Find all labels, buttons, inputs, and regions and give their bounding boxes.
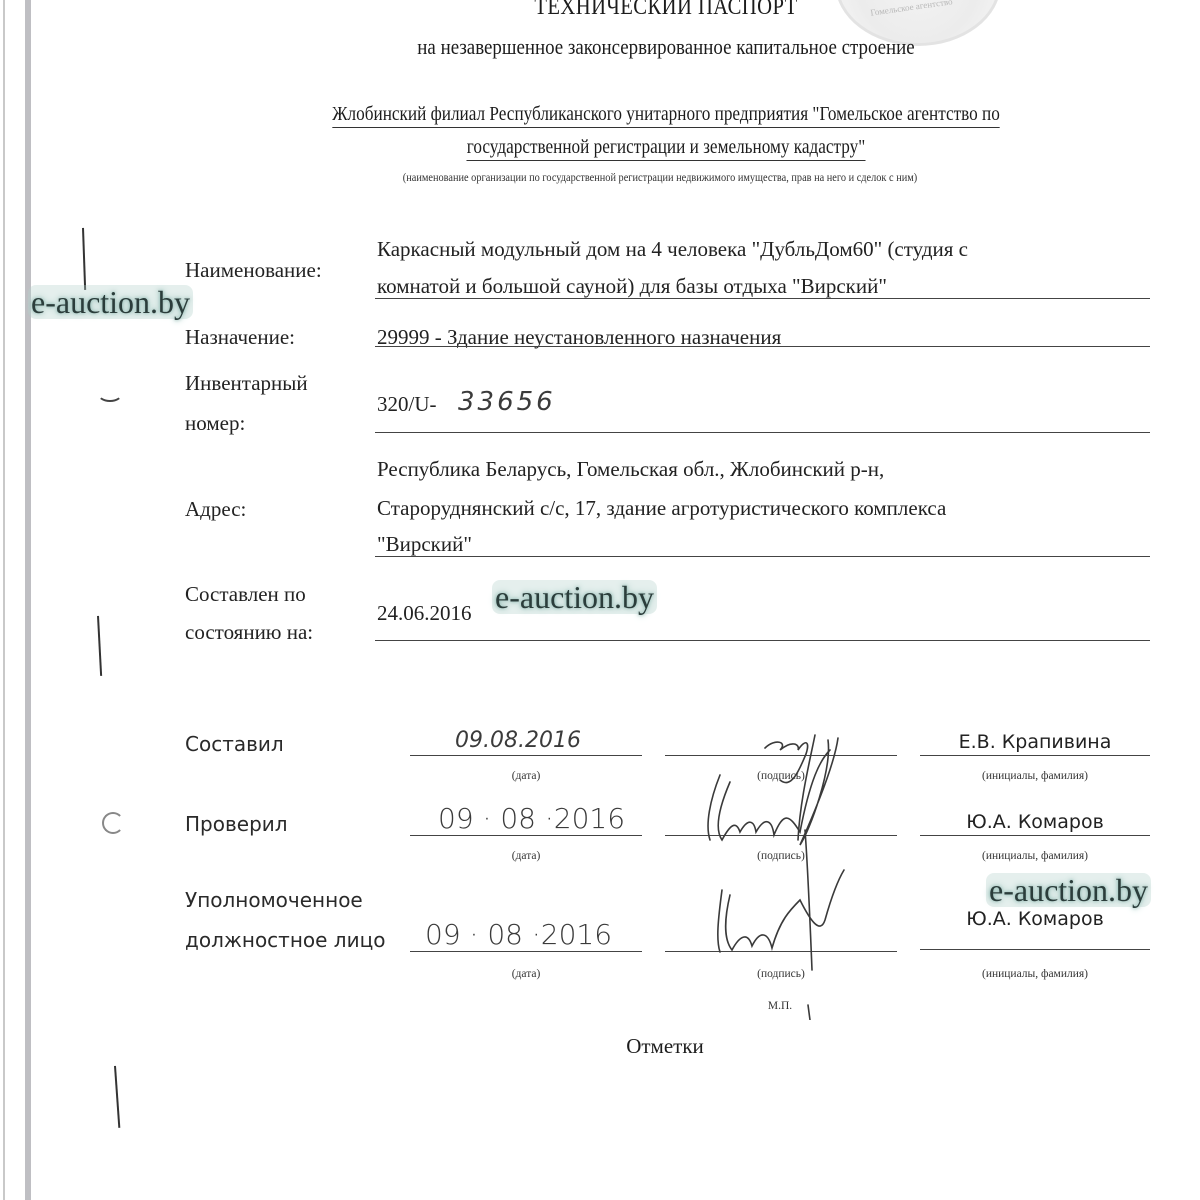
address-line-1: Республика Беларусь, Гомельская обл., Жл… (377, 450, 884, 488)
inventory-underline (375, 432, 1150, 433)
state-date-underline (375, 640, 1150, 641)
address-underline (375, 556, 1150, 557)
authorized-name: Ю.А. Комаров (920, 908, 1150, 930)
inventory-label-line-1: Инвентарный (185, 364, 308, 402)
watermark: e-auction.by (986, 873, 1151, 907)
compiled-name: Е.В. Крапивина (920, 731, 1150, 753)
date-caption: (дата) (410, 770, 642, 782)
purpose-underline (375, 346, 1150, 347)
compiled-date: 09.08.2016 (455, 728, 581, 753)
punch-hole-mark (102, 812, 124, 834)
checked-date-line (410, 835, 642, 836)
punch-mark (82, 228, 86, 290)
address-label: Адрес: (185, 490, 246, 528)
scan-edge (3, 0, 5, 1200)
organization-line-2: государственной регистрации и земельному… (93, 136, 1200, 159)
name-value-line-2: комнатой и большой сауной) для базы отды… (377, 267, 887, 305)
signer-role-compiled: Составил (185, 732, 284, 756)
state-date-value: 24.06.2016 (377, 594, 472, 632)
address-line-3: "Вирский" (377, 525, 472, 563)
organization-line-1: Жлобинский филиал Республиканского унита… (93, 103, 1200, 126)
signer-role-authorized-line-1: Уполномоченное (185, 888, 363, 912)
watermark: e-auction.by (28, 285, 193, 319)
handwritten-signatures (660, 720, 920, 1020)
address-line-2: Староруднянский с/с, 17, здание агротури… (377, 489, 946, 527)
binder-edge (25, 0, 31, 1200)
name-caption: (инициалы, фамилия) (920, 968, 1150, 980)
compiled-name-line (920, 755, 1150, 756)
organization-caption: (наименование организации по государстве… (92, 170, 1200, 185)
signer-role-checked: Проверил (185, 812, 288, 836)
inventory-handwritten-number: 33656 (458, 383, 556, 421)
compiled-date-line (410, 755, 642, 756)
purpose-value: 29999 - Здание неустановленного назначен… (377, 318, 781, 356)
notes-title: Отметки (560, 1034, 770, 1059)
watermark: e-auction.by (492, 580, 657, 614)
signer-role-authorized-line-2: должностное лицо (185, 928, 385, 952)
authorized-name-line (920, 949, 1150, 950)
name-caption: (инициалы, фамилия) (920, 770, 1150, 782)
authorized-date-line (410, 951, 642, 952)
date-caption: (дата) (410, 968, 642, 980)
document-subtitle: на незавершенное законсервированное капи… (93, 34, 1200, 60)
authorized-date: 09 · 08 ·2016 (425, 918, 612, 951)
checked-name: Ю.А. Комаров (920, 811, 1150, 833)
inventory-label-line-2: номер: (185, 404, 245, 442)
name-label: Наименование: (185, 251, 322, 289)
document-title: ТЕХНИЧЕСКИЙ ПАСПОРТ (93, 0, 1200, 21)
inventory-prefix: 320/U- (377, 385, 437, 423)
checked-name-line (920, 835, 1150, 836)
name-caption: (инициалы, фамилия) (920, 850, 1150, 862)
punch-mark (114, 1066, 120, 1128)
name-underline (375, 298, 1150, 299)
name-value-line-1: Каркасный модульный дом на 4 человека "Д… (377, 230, 968, 268)
purpose-label: Назначение: (185, 318, 295, 356)
state-date-label-line-2: состоянию на: (185, 613, 313, 651)
punch-mark (97, 616, 102, 676)
checked-date: 09 · 08 ·2016 (438, 802, 625, 835)
date-caption: (дата) (410, 850, 642, 862)
state-date-label-line-1: Составлен по (185, 575, 306, 613)
punch-hole-mark (97, 384, 123, 402)
